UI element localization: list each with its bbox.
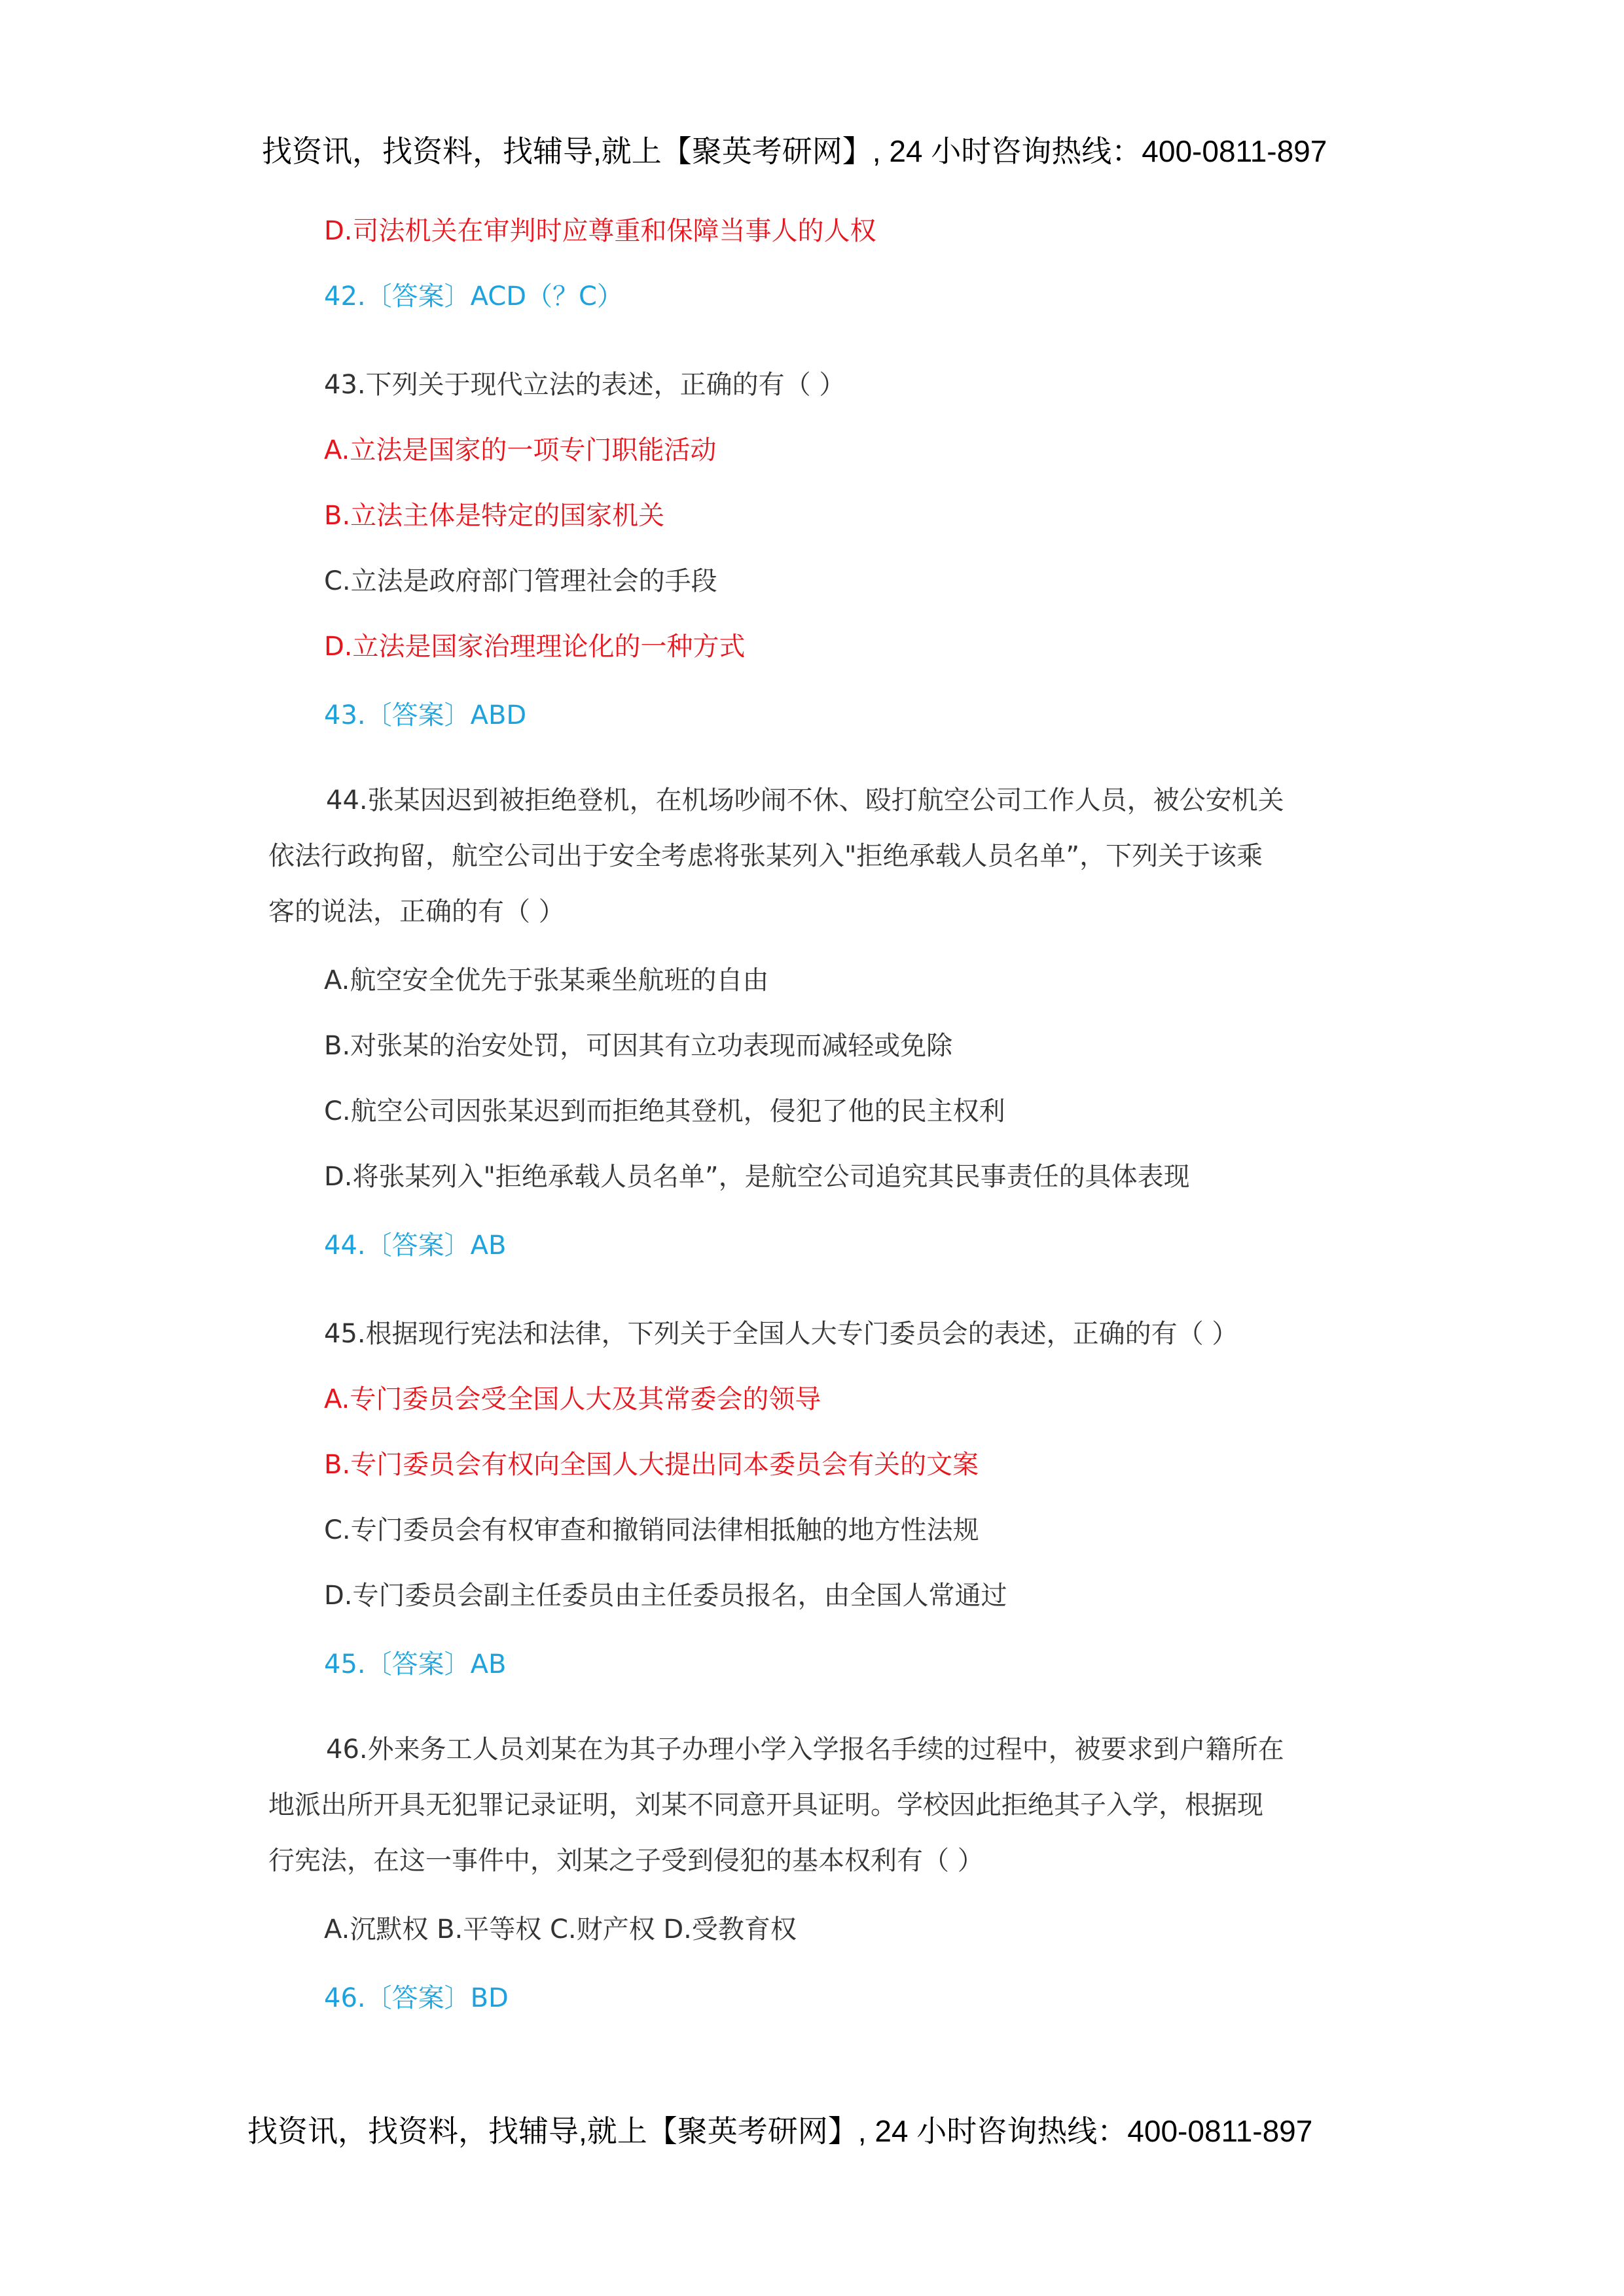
q45-question: 45.根据现行宪法和法律，下列关于全国人大专门委员会的表述，正确的有（ ） [324,1321,1238,1347]
q43-option-d: D.立法是国家治理理论化的一种方式 [324,634,746,660]
q44-answer: 44.〔答案〕AB [324,1232,506,1259]
q42-answer: 42.〔答案〕ACD（？C） [324,283,623,310]
q44-option-d: D.将张某列入"拒绝承载人员名单”，是航空公司追究其民事责任的具体表现 [324,1164,1190,1190]
q44-question-line-1: 44.张某因迟到被拒绝登机，在机场吵闹不休、殴打航空公司工作人员，被公安机关 [326,787,1284,814]
q45-answer: 45.〔答案〕AB [324,1651,506,1677]
q43-question: 43.下列关于现代立法的表述，正确的有（ ） [324,372,845,398]
q44-option-b: B.对张某的治安处罚，可因其有立功表现而减轻或免除 [324,1033,952,1059]
q43-option-c: C.立法是政府部门管理社会的手段 [324,568,717,594]
q43-option-b: B.立法主体是特定的国家机关 [324,503,664,529]
q45-option-a: A.专门委员会受全国人大及其常委会的领导 [324,1386,821,1412]
header-banner: 找资讯，找资料，找辅导,就上【聚英考研网】, 24 小时咨询热线：400-081… [262,128,1327,171]
q46-options: A.沉默权 B.平等权 C.财产权 D.受教育权 [324,1916,797,1943]
q44-option-c: C.航空公司因张某迟到而拒绝其登机，侵犯了他的民主权利 [324,1098,1005,1124]
q46-question-line-2: 地派出所开具无犯罪记录证明，刘某不同意开具证明。学校因此拒绝其子入学，根据现 [268,1792,1263,1818]
q46-question-line-3: 行宪法，在这一事件中，刘某之子受到侵犯的基本权利有（ ） [268,1848,984,1874]
footer-banner: 找资讯，找资料，找辅导,就上【聚英考研网】, 24 小时咨询热线：400-081… [247,2108,1312,2151]
q44-question-line-3: 客的说法，正确的有（ ） [268,899,565,925]
q46-answer: 46.〔答案〕BD [324,1985,509,2011]
q45-option-c: C.专门委员会有权审查和撤销同法律相抵触的地方性法规 [324,1517,979,1543]
q43-answer: 43.〔答案〕ABD [324,702,526,728]
q44-question-line-2: 依法行政拘留，航空公司出于安全考虑将张某列入"拒绝承载人员名单”，下列关于该乘 [268,843,1263,869]
q46-question-line-1: 46.外来务工人员刘某在为其子办理小学入学报名手续的过程中，被要求到户籍所在 [326,1736,1284,1763]
q44-option-a: A.航空安全优先于张某乘坐航班的自由 [324,967,768,994]
q43-option-a: A.立法是国家的一项专门职能活动 [324,437,716,463]
q45-option-b: B.专门委员会有权向全国人大提出同本委员会有关的文案 [324,1452,979,1478]
q45-option-d: D.专门委员会副主任委员由主任委员报名，由全国人常通过 [324,1583,1007,1609]
q41-option-d: D.司法机关在审判时应尊重和保障当事人的人权 [324,218,876,244]
